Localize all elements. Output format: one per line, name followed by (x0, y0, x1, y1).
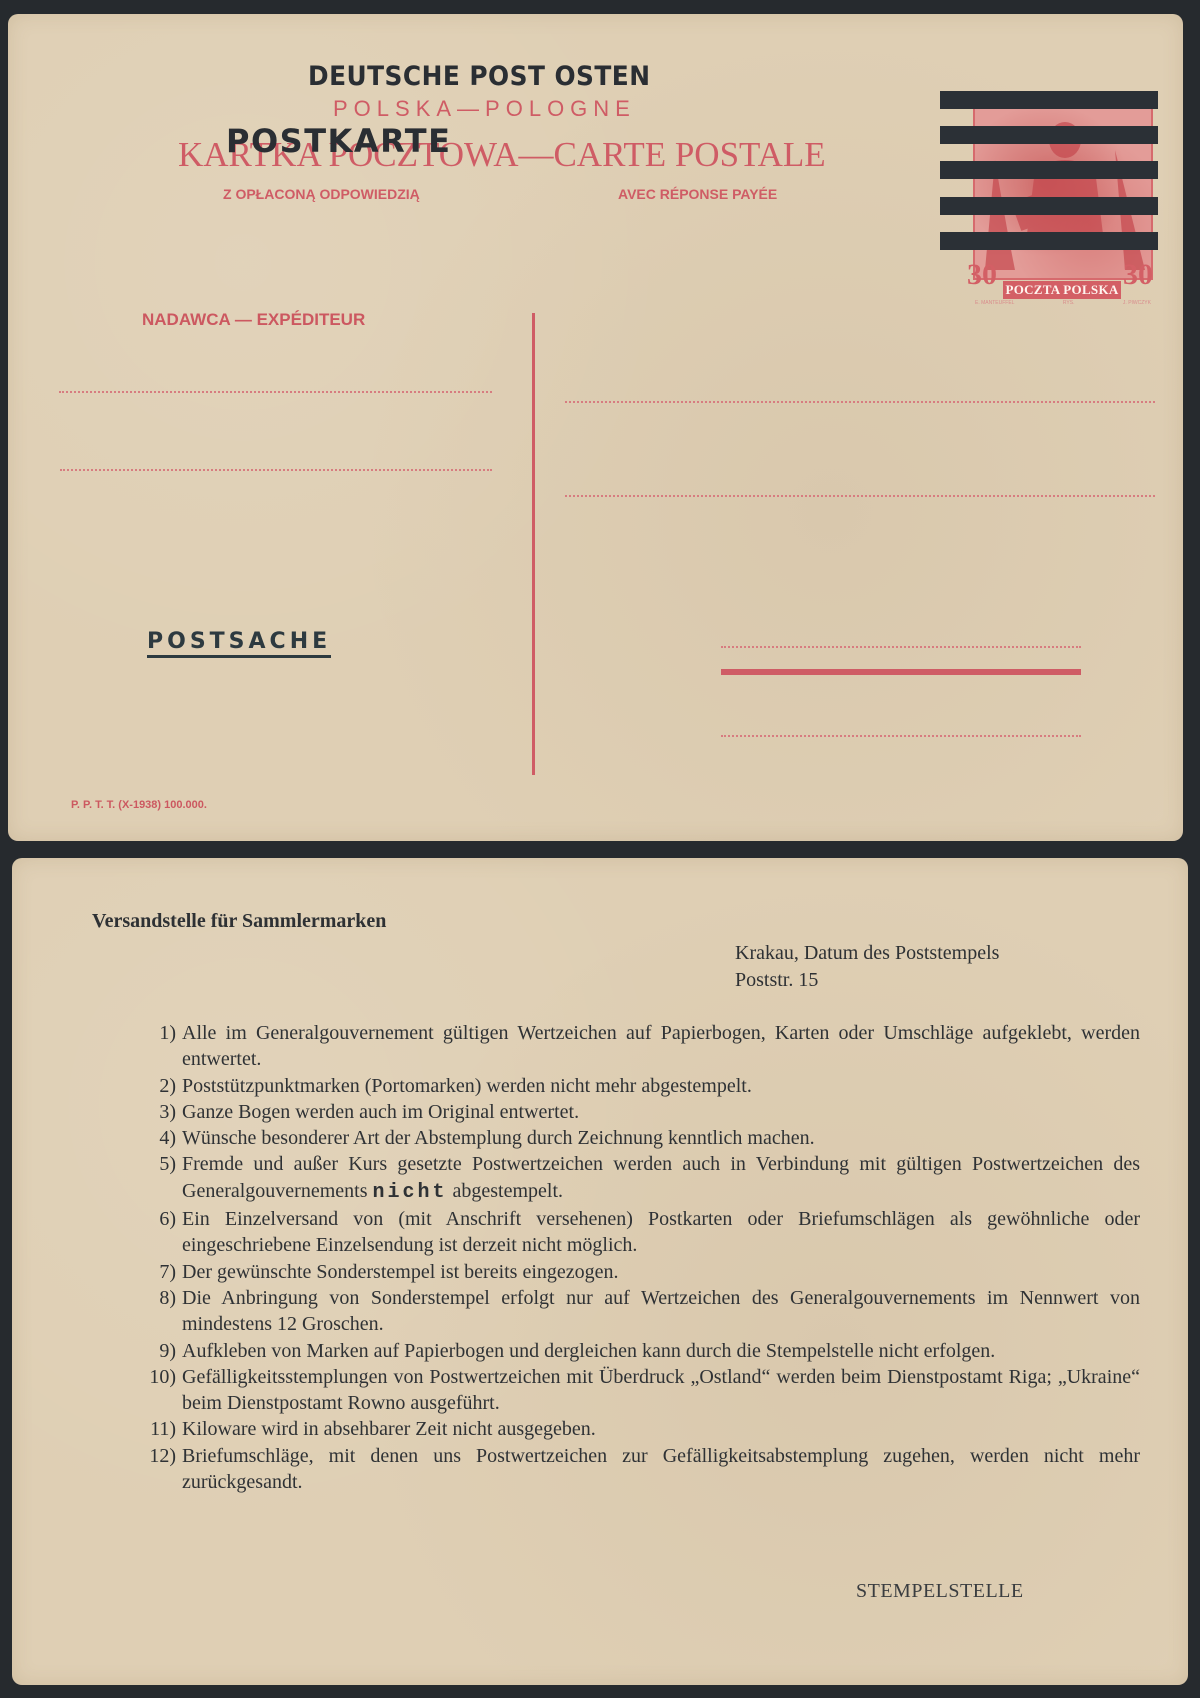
address-line-3 (721, 646, 1081, 648)
address-line-1 (565, 401, 1155, 403)
list-item: 6)Ein Einzelversand von (mit Anschrift v… (136, 1206, 1140, 1259)
list-item: 10)Gefälligkeitsstemplungen von Postwert… (136, 1364, 1140, 1417)
cancel-bar (940, 126, 1158, 144)
address-underline-solid (721, 669, 1081, 675)
place-date-line: Krakau, Datum des Poststempels (735, 940, 999, 967)
stamp-designers: E. MANTEUFFEL RYS. J. PIWCZYK (975, 300, 1151, 306)
list-item: 9)Aufkleben von Marken auf Papierbogen u… (136, 1338, 1140, 1364)
cancel-bar (940, 197, 1158, 215)
postcard-back: Versandstelle für Sammlermarken Krakau, … (12, 858, 1188, 1685)
designer-left: E. MANTEUFFEL (975, 300, 1014, 306)
list-item: 7)Der gewünschte Sonderstempel ist berei… (136, 1259, 1140, 1285)
list-item: 5)Fremde und außer Kurs gesetzte Postwer… (136, 1151, 1140, 1206)
address-line-2 (565, 495, 1155, 497)
vertical-divider (532, 313, 535, 775)
sender-heading: Versandstelle für Sammlermarken (92, 910, 386, 933)
country-heading: POLSKA—POLOGNE (333, 96, 636, 122)
postcard-front: POLSKA—POLOGNE DEUTSCHE POST OSTEN KARTK… (8, 14, 1183, 841)
overprint-postkarte: POSTKARTE (226, 122, 451, 160)
sender-line-1 (59, 391, 492, 393)
list-item: 11)Kiloware wird in absehbarer Zeit nich… (136, 1416, 1140, 1442)
street-line: Poststr. 15 (735, 967, 999, 994)
place-and-address: Krakau, Datum des Poststempels Poststr. … (735, 940, 999, 994)
emphasis-nicht: nicht (372, 1181, 447, 1204)
designer-right: J. PIWCZYK (1123, 300, 1151, 306)
designer-center: RYS. (1063, 300, 1075, 306)
cancel-bar (940, 91, 1158, 109)
list-item: 4)Wünsche besonderer Art der Abstemplung… (136, 1125, 1140, 1151)
postsache-label: POSTSACHE (147, 630, 331, 658)
sender-line-2 (60, 469, 492, 471)
stamp-value-left: 30 (967, 260, 997, 290)
list-item: 12)Briefumschläge, mit denen uns Postwer… (136, 1443, 1140, 1496)
address-line-4 (721, 735, 1081, 737)
print-info: P. P. T. T. (X-1938) 100.000. (71, 799, 207, 811)
cancel-bar (940, 232, 1158, 250)
reply-paid-polish: Z OPŁACONĄ ODPOWIEDZIĄ (223, 186, 420, 202)
stamp-value-right: 30 (1123, 260, 1153, 290)
reply-paid-french: AVEC RÉPONSE PAYÉE (618, 186, 777, 202)
signature-stempelstelle: STEMPELSTELLE (856, 1580, 1024, 1603)
overprint-deutsche-post-osten: DEUTSCHE POST OSTEN (308, 61, 650, 92)
list-item: 3)Ganze Bogen werden auch im Original en… (136, 1099, 1140, 1125)
list-item: 2)Poststützpunktmarken (Portomarken) wer… (136, 1073, 1140, 1099)
stamp-country-label: POCZTA POLSKA (1003, 281, 1121, 299)
list-item: 8)Die Anbringung von Sonderstempel erfol… (136, 1285, 1140, 1338)
list-item: 1)Alle im Generalgouvernement gültigen W… (136, 1020, 1140, 1073)
postage-stamp-icon: KRÓL KAZIMIERZ — JAGIELLOŃCZYK 30 30 POC… (965, 84, 1157, 294)
sender-label: NADAWCA — EXPÉDITEUR (142, 310, 365, 330)
cancel-bar (940, 161, 1158, 179)
rules-list: 1)Alle im Generalgouvernement gültigen W… (136, 1020, 1140, 1495)
